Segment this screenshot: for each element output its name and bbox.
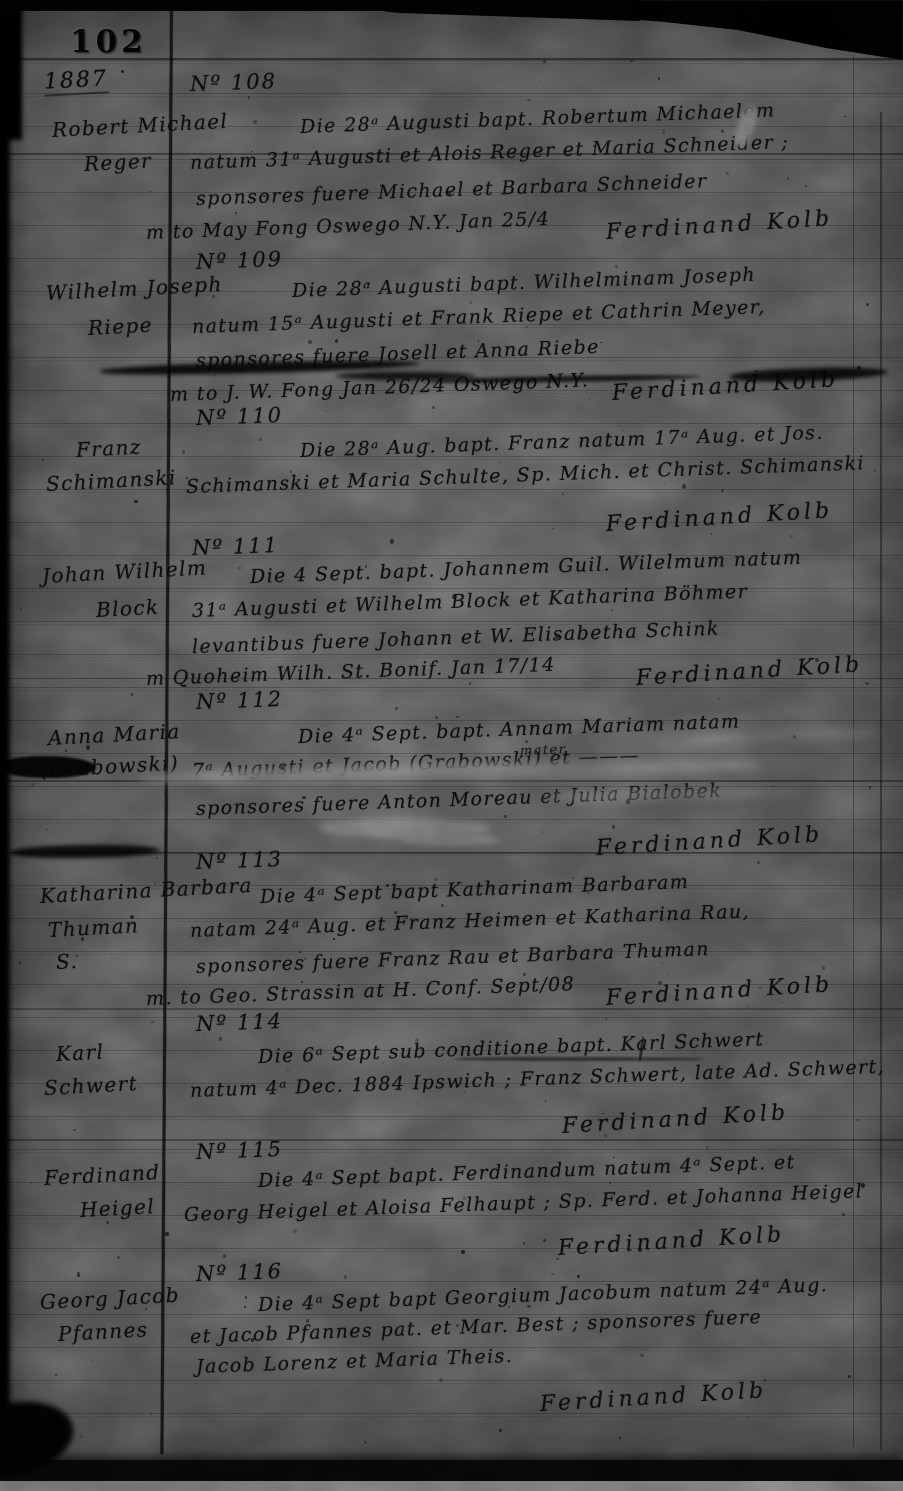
heavy-rule (0, 678, 903, 679)
heavy-rule (0, 153, 903, 155)
year-heading: 1887 (43, 66, 108, 96)
heavy-rule (0, 780, 903, 782)
right-edge-line (880, 112, 882, 1450)
scan-edge-left (0, 0, 14, 1491)
page-number: 102 (70, 24, 147, 60)
scan-edge-top-mid (385, 0, 640, 21)
scan-edge-top (0, 0, 402, 11)
right-margin-line (853, 55, 854, 1447)
ruled-lines-double (0, 63, 903, 1446)
scan-edge-bottom (0, 1460, 903, 1482)
scan-corner-top-right (628, 0, 903, 60)
scan-bottom-white (0, 1481, 903, 1491)
heavy-rule (0, 1008, 903, 1010)
heavy-rule (0, 1139, 903, 1141)
ink-blob-small (36, 1410, 48, 1419)
heavy-rule (0, 852, 903, 854)
scan-edge-left-top (0, 0, 22, 140)
register-page: 102 1887 Nº 108Robert MichaelRegerDie 28… (0, 0, 903, 1491)
